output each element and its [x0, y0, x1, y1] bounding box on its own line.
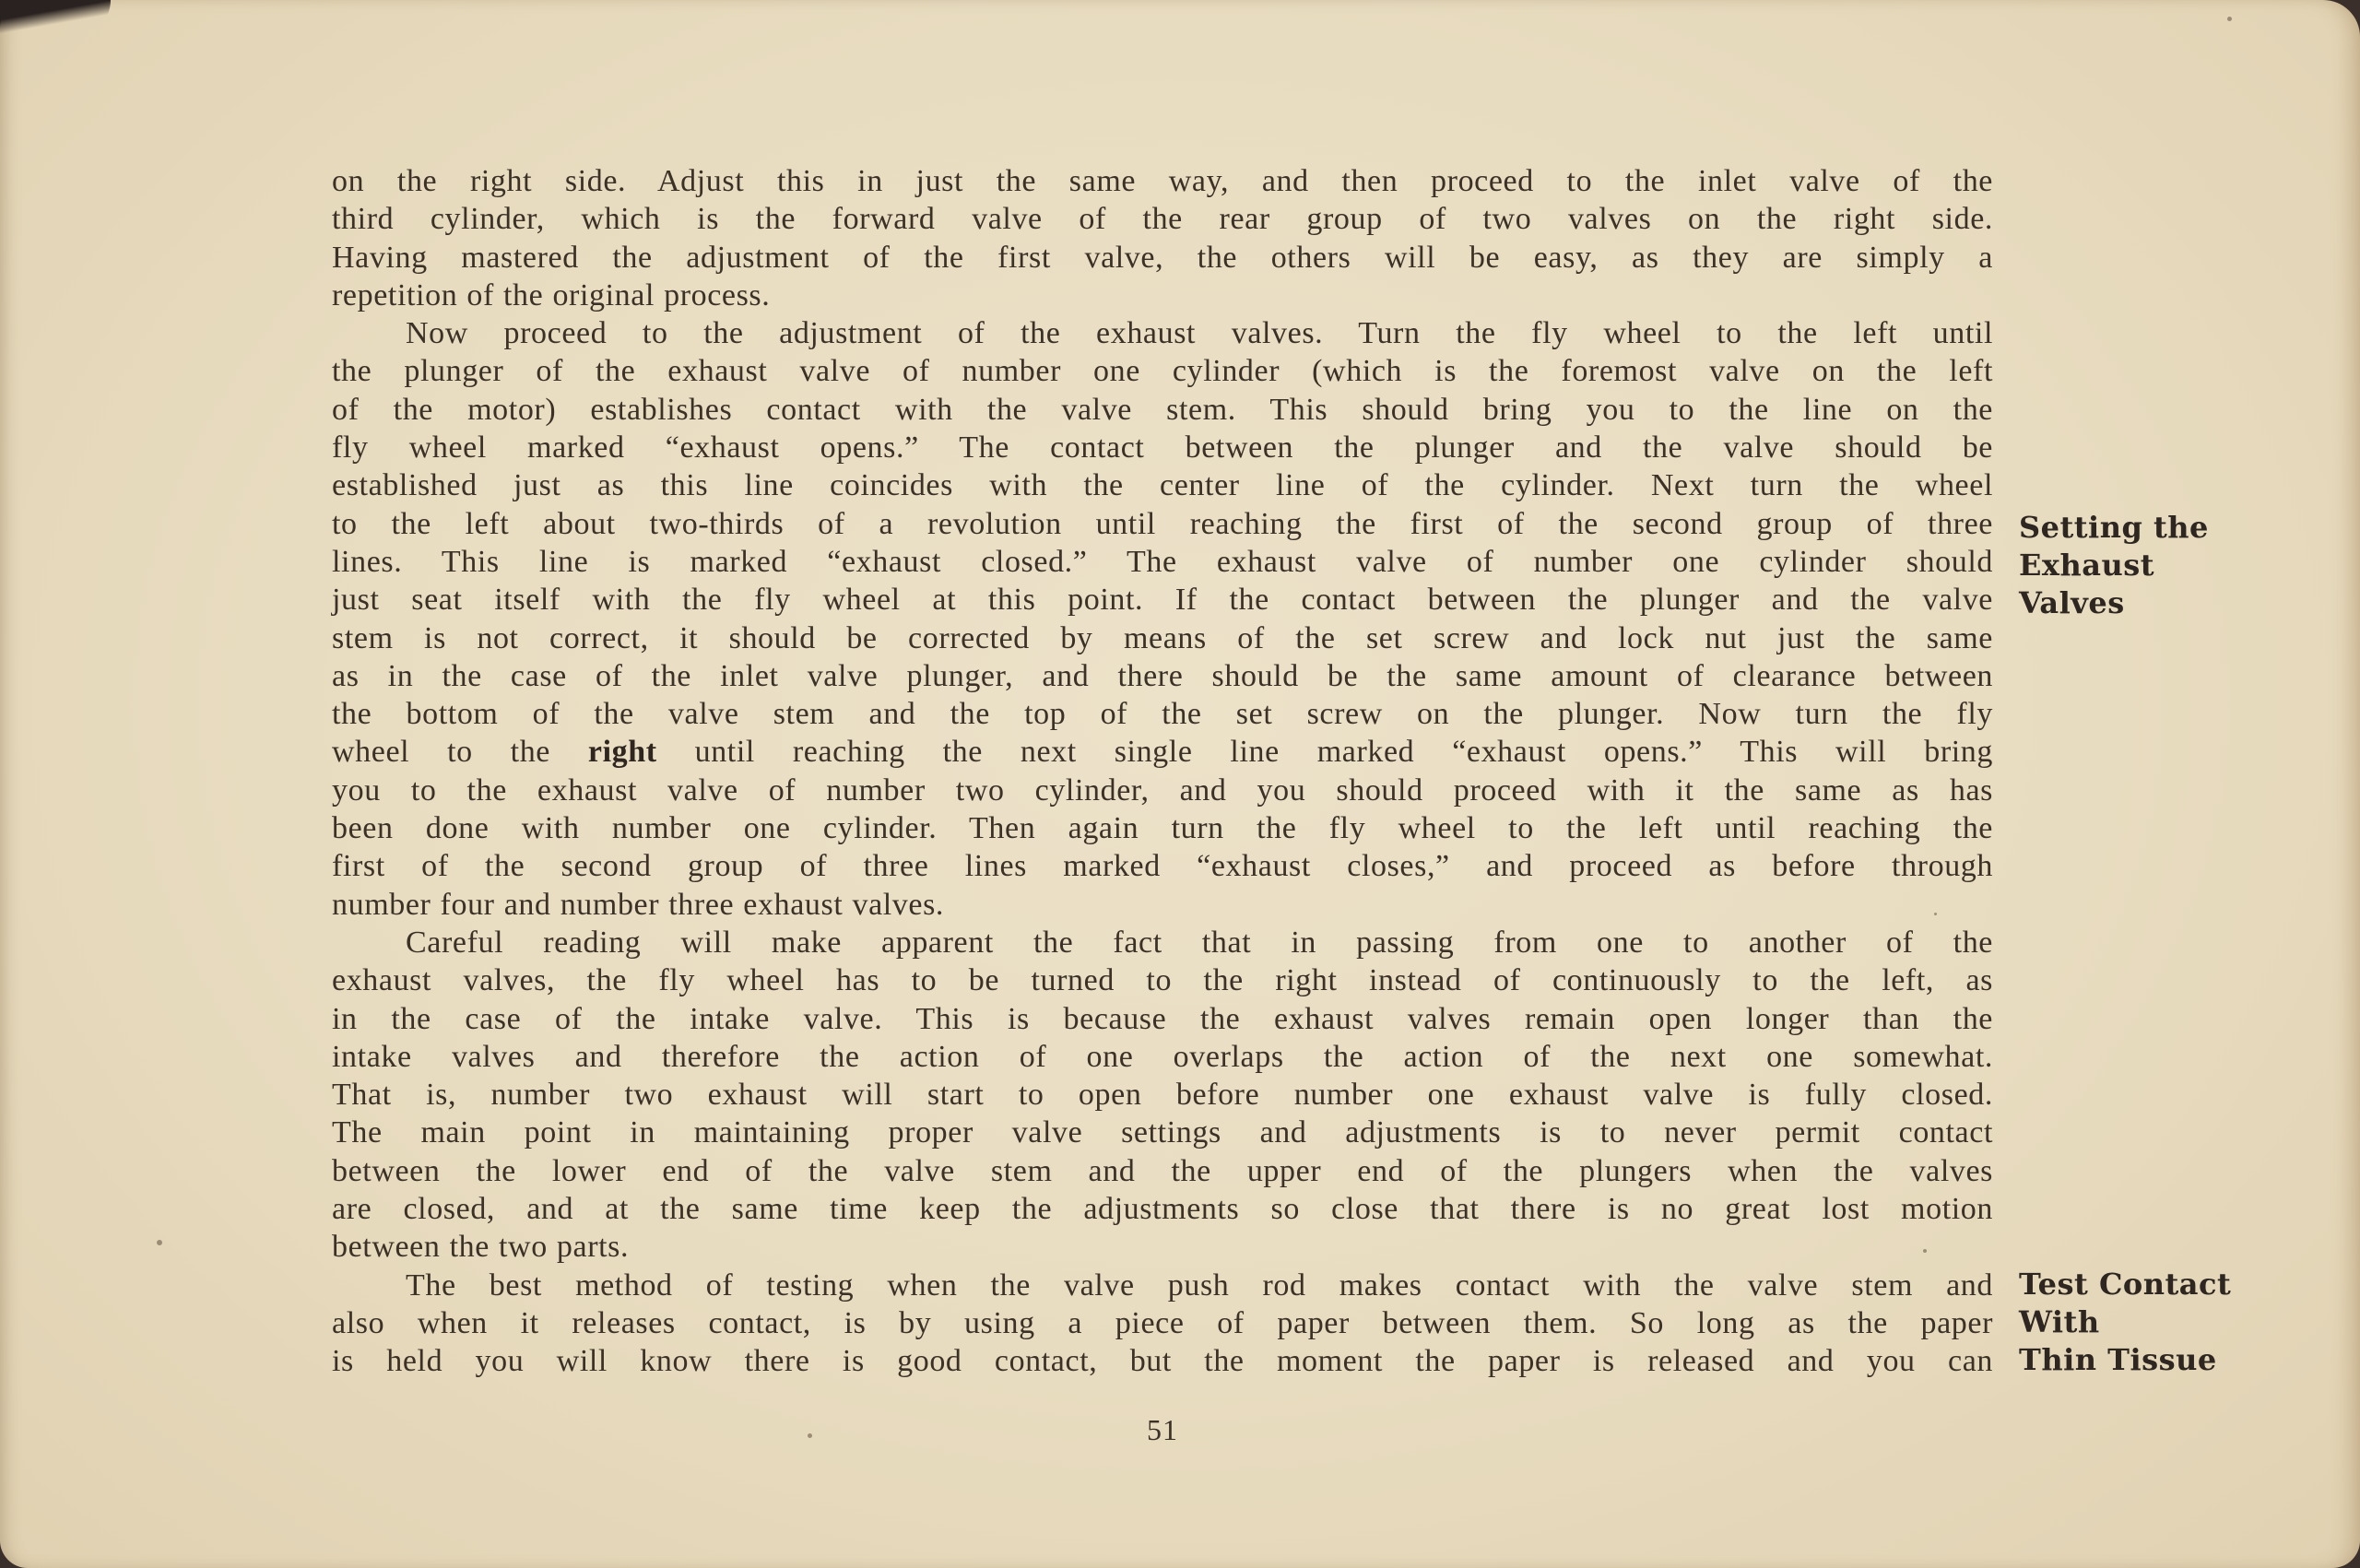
margin-note-line: Thin Tissue — [2019, 1341, 2231, 1379]
text-line-with-bold: wheel to the right until reaching the ne… — [332, 733, 1993, 771]
margin-note-line: Test Contact — [2019, 1266, 2231, 1303]
margin-note-line: Valves — [2019, 584, 2209, 622]
paragraph-start-line: The best method of testing when the valv… — [332, 1267, 1993, 1304]
paragraph-start-line: Careful reading will make apparent the f… — [332, 924, 1993, 961]
text-line: established just as this line coincides … — [332, 466, 1993, 504]
text-line: Having mastered the adjustment of the fi… — [332, 239, 1993, 277]
text-line: you to the exhaust valve of number two c… — [332, 772, 1993, 809]
text-line: The main point in maintaining proper val… — [332, 1114, 1993, 1151]
text-line: just seat itself with the fly wheel at t… — [332, 581, 1993, 619]
bold-word: right — [588, 735, 657, 769]
paper-speck — [1934, 913, 1937, 915]
margin-note-line: Setting the — [2019, 509, 2209, 547]
text-line: in the case of the intake valve. This is… — [332, 1000, 1993, 1038]
text-fragment: wheel to the — [332, 735, 588, 769]
body-text: on the right side. Adjust this in just t… — [332, 162, 1993, 1381]
text-line: repetition of the original process. — [332, 277, 1993, 314]
text-line: are closed, and at the same time keep th… — [332, 1190, 1993, 1228]
text-line: number four and number three exhaust val… — [332, 886, 1993, 924]
text-line: been done with number one cylinder. Then… — [332, 809, 1993, 847]
text-line: stem is not correct, it should be correc… — [332, 619, 1993, 657]
text-line: fly wheel marked “exhaust opens.” The co… — [332, 429, 1993, 466]
paragraph-start-line: Now proceed to the adjustment of the exh… — [332, 314, 1993, 352]
paper-speck — [808, 1433, 812, 1438]
text-line: is held you will know there is good cont… — [332, 1342, 1993, 1380]
margin-note-setting-exhaust-valves: Setting the Exhaust Valves — [2019, 509, 2209, 622]
margin-note-test-contact: Test Contact With Thin Tissue — [2019, 1266, 2231, 1379]
text-line: third cylinder, which is the forward val… — [332, 200, 1993, 238]
text-line: lines. This line is marked “exhaust clos… — [332, 543, 1993, 581]
text-line: between the two parts. — [332, 1228, 1993, 1266]
paper-speck — [157, 1240, 162, 1245]
text-fragment: until reaching the next single line mark… — [657, 735, 1993, 769]
page-number: 51 — [1147, 1413, 1178, 1447]
text-line: intake valves and therefore the action o… — [332, 1038, 1993, 1076]
text-line: also when it releases contact, is by usi… — [332, 1304, 1993, 1342]
margin-note-line: With — [2019, 1303, 2231, 1341]
text-line: as in the case of the inlet valve plunge… — [332, 657, 1993, 695]
text-line: on the right side. Adjust this in just t… — [332, 162, 1993, 200]
text-line: first of the second group of three lines… — [332, 847, 1993, 885]
paper-speck — [2227, 17, 2232, 21]
margin-note-line: Exhaust — [2019, 547, 2209, 584]
text-line: the plunger of the exhaust valve of numb… — [332, 352, 1993, 390]
text-line: the bottom of the valve stem and the top… — [332, 695, 1993, 733]
text-line: exhaust valves, the fly wheel has to be … — [332, 961, 1993, 999]
book-page: on the right side. Adjust this in just t… — [0, 0, 2360, 1568]
page-corner-shadow — [0, 0, 111, 37]
text-line: between the lower end of the valve stem … — [332, 1152, 1993, 1190]
text-line: to the left about two-thirds of a revolu… — [332, 505, 1993, 543]
paper-speck — [1923, 1249, 1927, 1253]
text-line: of the motor) establishes contact with t… — [332, 391, 1993, 429]
text-line: That is, number two exhaust will start t… — [332, 1076, 1993, 1114]
